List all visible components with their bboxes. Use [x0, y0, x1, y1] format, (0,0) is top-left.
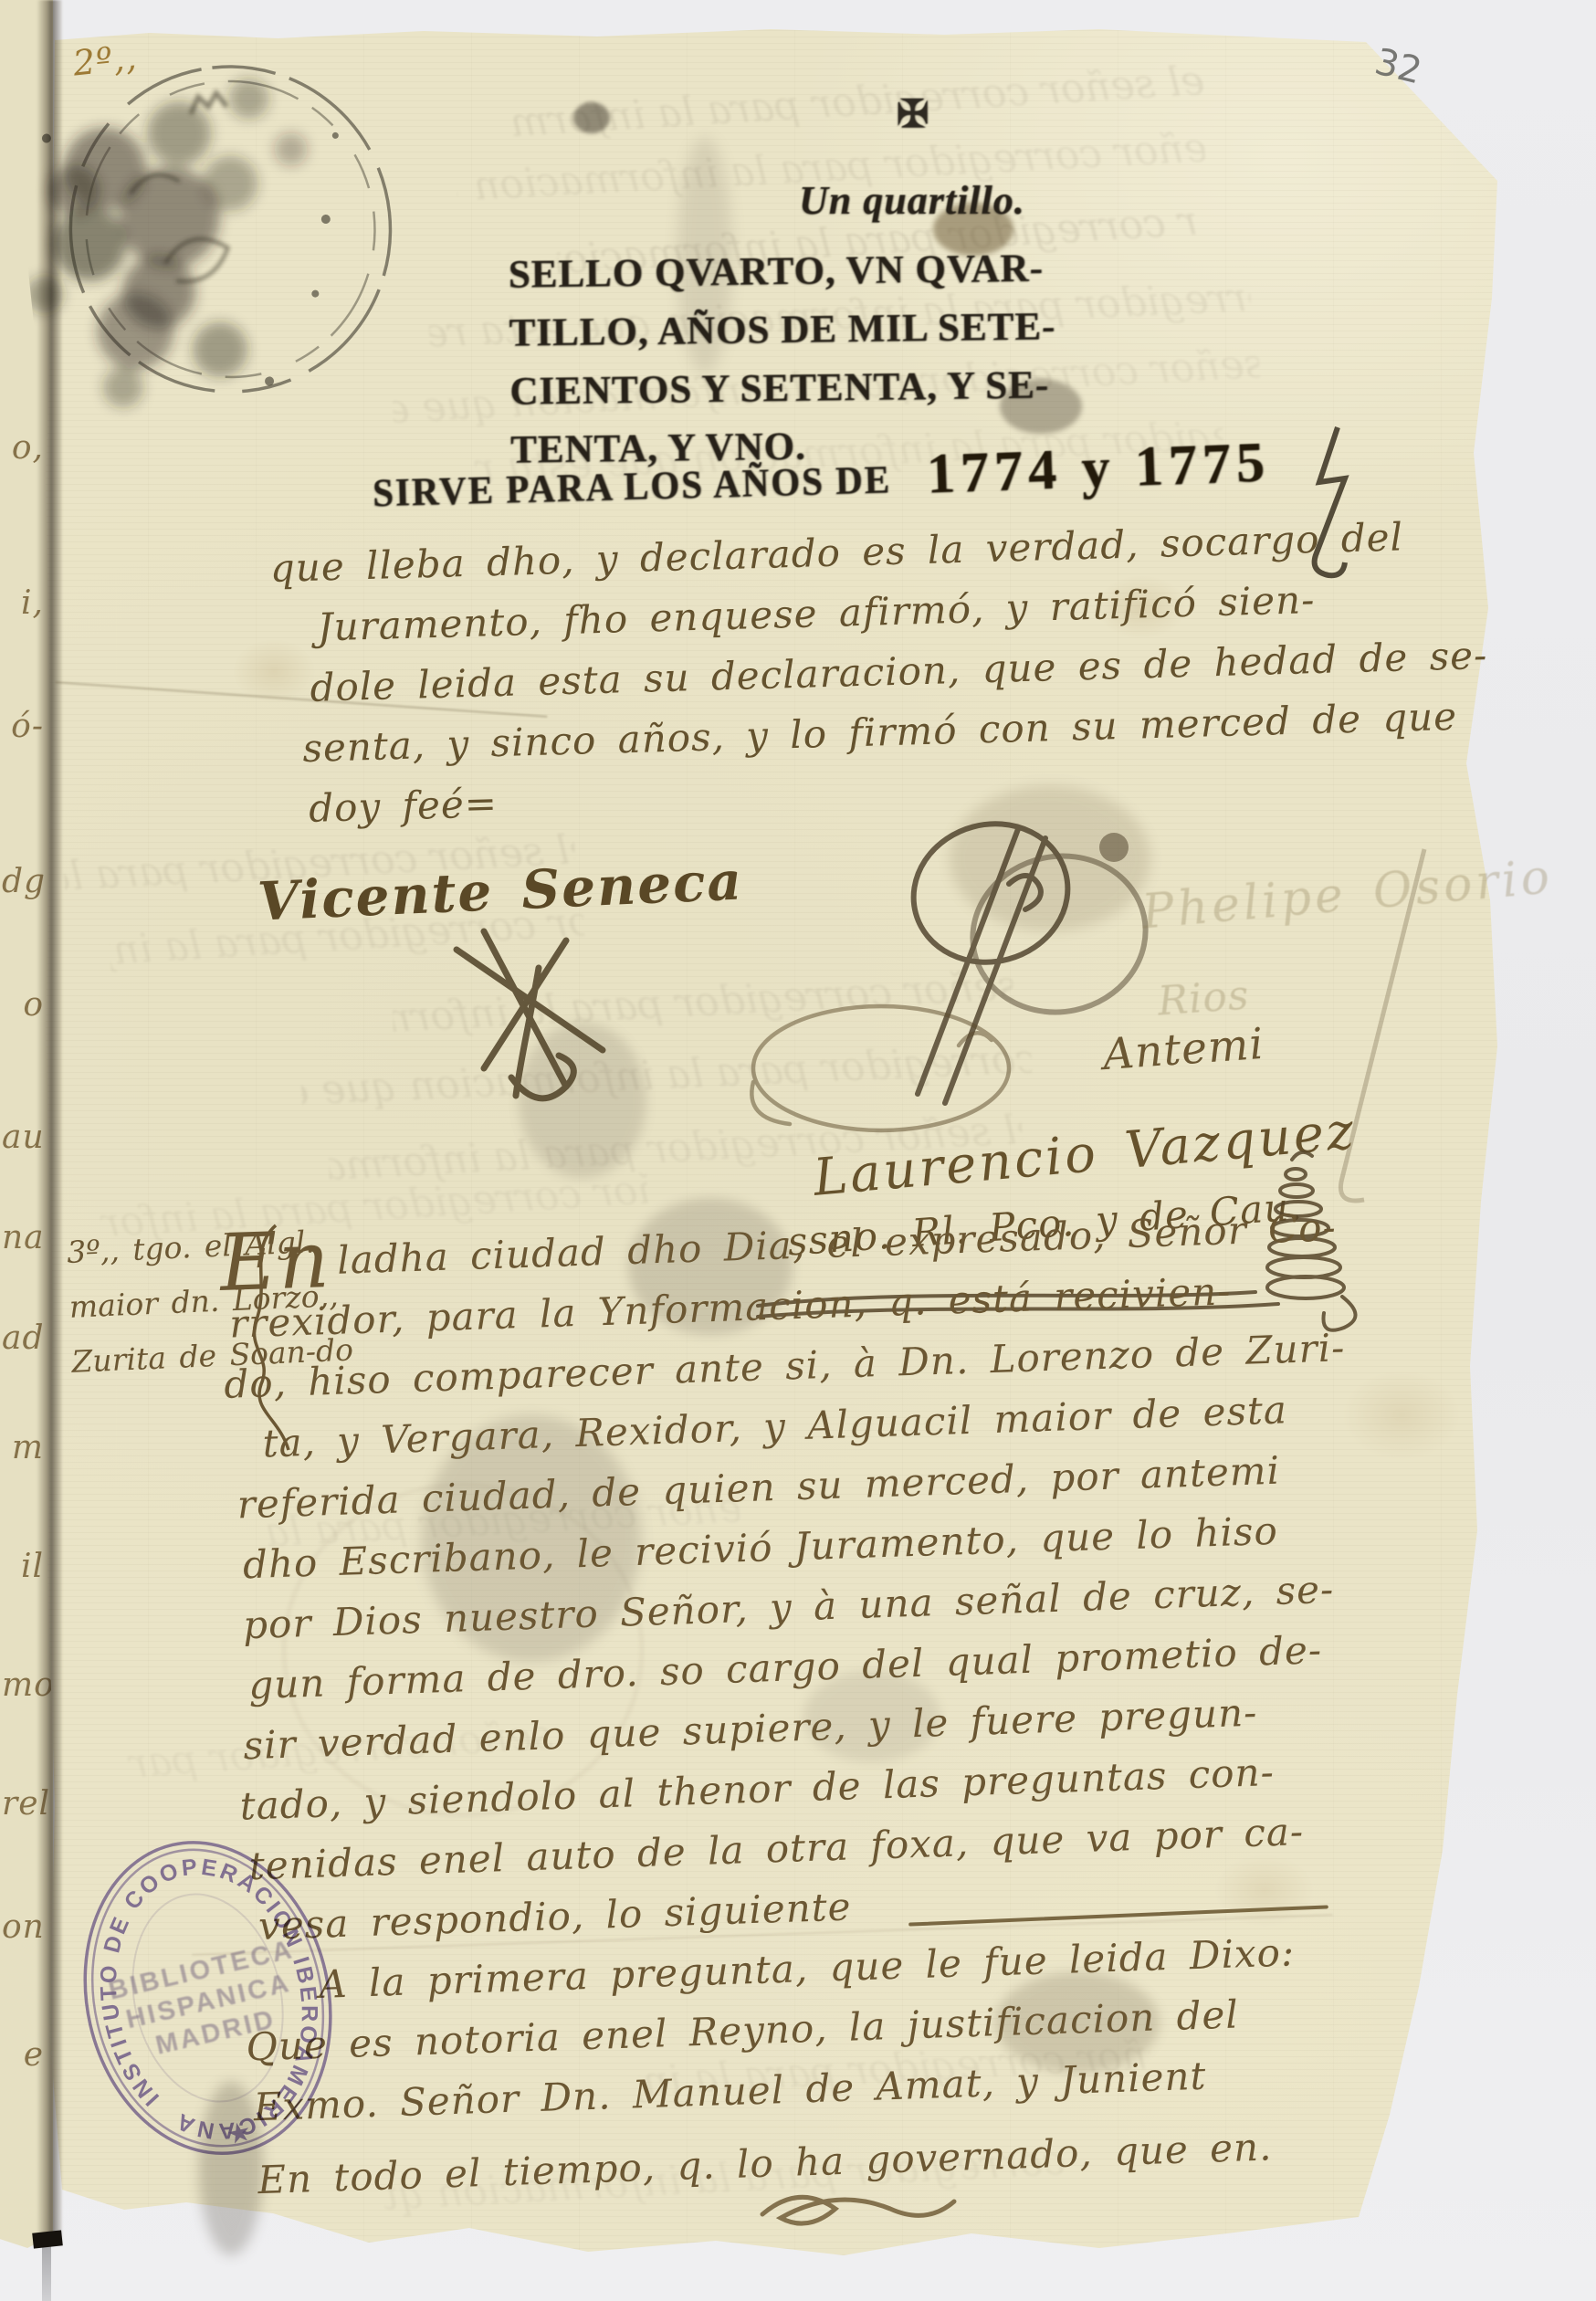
tax-stamp-text-line: TILLO, AÑOS DE MIL SETE- [509, 298, 1055, 362]
validity-stamp-years: 1774 y 1775 [926, 430, 1271, 507]
official-signature2-faint: Rios [1156, 972, 1251, 1025]
bottom-flourish-icon [753, 2178, 963, 2242]
declaration-close: que lleba dho, y declarado es la verdad,… [269, 505, 1492, 840]
royal-seal-stamp [7, 28, 437, 442]
testimony-paragraph: Enladha ciudad dho Dia, el expresado, Se… [219, 1197, 1372, 2211]
witness-rubric-icon [429, 913, 639, 1105]
tax-stamp-denomination: Un quartillo. [799, 177, 1025, 224]
document-scan: o, i, ó- dg o au na ad m il mo rel on e … [0, 0, 1596, 2301]
tax-stamp-text-line: SELLO QVARTO, VN QVAR- [508, 239, 1055, 304]
board-edge [42, 2243, 51, 2301]
notary-flourish-oval-icon [740, 991, 1023, 1146]
folio-number: 2º,, [71, 37, 139, 83]
black-notch [32, 2230, 63, 2248]
printed-cross-icon: ✠ [897, 91, 929, 137]
tax-stamp-text-line: CIENTOS Y SETENTA, Y SE- [509, 356, 1056, 421]
